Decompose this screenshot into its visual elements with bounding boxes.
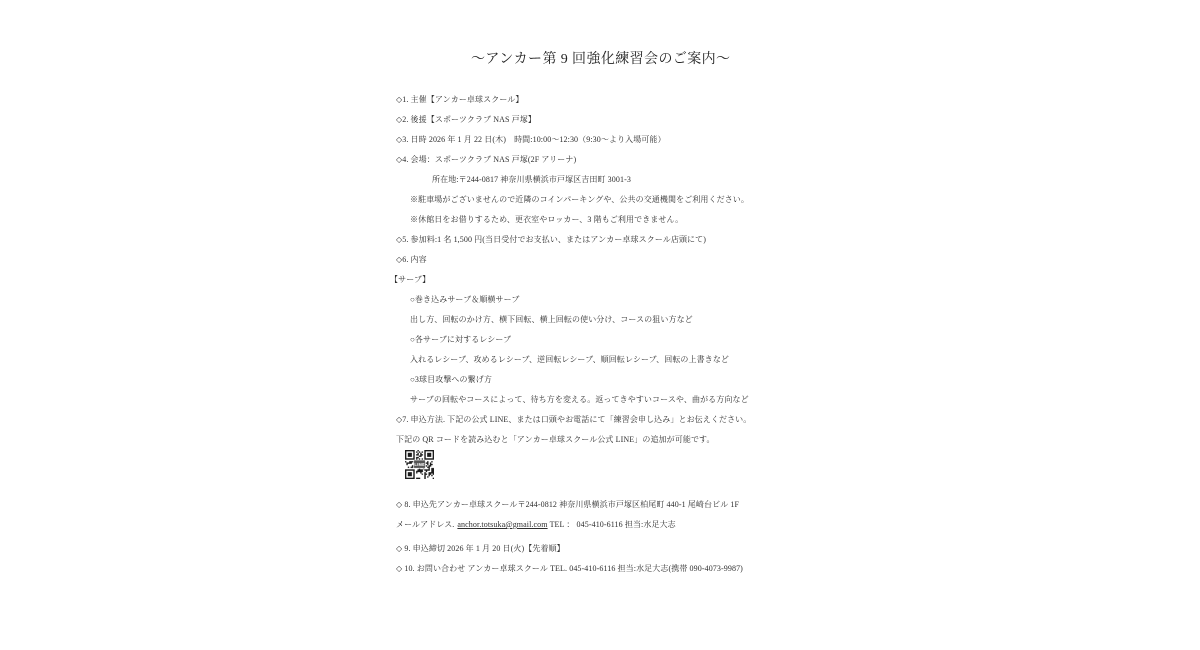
page-title: 〜アンカー第 9 回強化練習会のご案内〜 xyxy=(471,51,730,69)
email-label: メールアドレス. xyxy=(396,520,454,529)
qr-row xyxy=(396,450,816,480)
line-datetime: ◇3. 日時 2026 年 1 月 22 日(木) 時間:10:00〜12:30… xyxy=(396,130,816,150)
serve-section-heading: 【サーブ】 xyxy=(390,270,816,290)
email-link[interactable]: anchor.totsuka@gmail.com xyxy=(457,520,547,529)
line-contents: ◇6. 内容 xyxy=(396,250,816,270)
note-facility: ※休館日をお借りするため、更衣室やロッカー、3 階もご利用できません。 xyxy=(396,210,816,230)
line-application-address: ◇ 8. 申込先アンカー卓球スクール〒244-0812 神奈川県横浜市戸塚区柏尾… xyxy=(396,495,816,515)
serve-item-1: ○巻き込みサーブ＆順横サーブ xyxy=(396,290,816,310)
serve-item-1-desc: 出し方、回転のかけ方、横下回転、横上回転の使い分け、コースの狙い方など xyxy=(396,310,816,330)
document-page: 〜アンカー第 9 回強化練習会のご案内〜 ◇1. 主催【アンカー卓球スクール】 … xyxy=(0,0,1200,650)
document-body: ◇1. 主催【アンカー卓球スクール】 ◇2. 後援【スポーツクラブ NAS 戸塚… xyxy=(396,90,816,579)
serve-item-3: ○3球目攻撃への繋げ方 xyxy=(396,370,816,390)
line-support: ◇2. 後援【スポーツクラブ NAS 戸塚】 xyxy=(396,110,816,130)
line-application-method: ◇7. 申込方法. 下記の公式 LINE、または口頭やお電話にて「練習会申し込み… xyxy=(396,410,816,430)
serve-item-3-desc: サーブの回転やコースによって、待ち方を変える。返ってきやすいコースや、曲がる方向… xyxy=(396,390,816,410)
tel-contact-text: TEL ： 045-410-6116 担当:水足大志 xyxy=(548,520,676,529)
line-inquiry: ◇ 10. お問い合わせ アンカー卓球スクール TEL. 045-410-611… xyxy=(396,559,816,579)
note-parking: ※駐車場がございませんので近隣のコインパーキングや、公共の交通機関をご利用くださ… xyxy=(396,190,816,210)
line-fee: ◇5. 参加料:1 名 1,500 円(当日受付でお支払い、またはアンカー卓球ス… xyxy=(396,230,816,250)
line-email-tel: メールアドレス.anchor.totsuka@gmail.com TEL ： 0… xyxy=(396,515,816,535)
line-deadline: ◇ 9. 申込締切 2026 年 1 月 20 日(火)【先着順】 xyxy=(396,539,816,559)
line-organizer: ◇1. 主催【アンカー卓球スクール】 xyxy=(396,90,816,110)
serve-item-2-desc: 入れるレシーブ、攻めるレシーブ、逆回転レシーブ、順回転レシーブ、回転の上書きなど xyxy=(396,350,816,370)
line-venue: ◇4. 会場：スポーツクラブ NAS 戸塚(2F アリーナ) xyxy=(396,150,816,170)
line-venue-address: 所在地:〒244-0817 神奈川県横浜市戸塚区吉田町 3001-3 xyxy=(396,170,816,190)
line-qr-instruction: 下記の QR コードを読み込むと「アンカー卓球スクール公式 LINE」の追加が可… xyxy=(396,430,816,450)
serve-item-2: ○各サーブに対するレシーブ xyxy=(396,330,816,350)
line-qr-code xyxy=(405,450,434,479)
